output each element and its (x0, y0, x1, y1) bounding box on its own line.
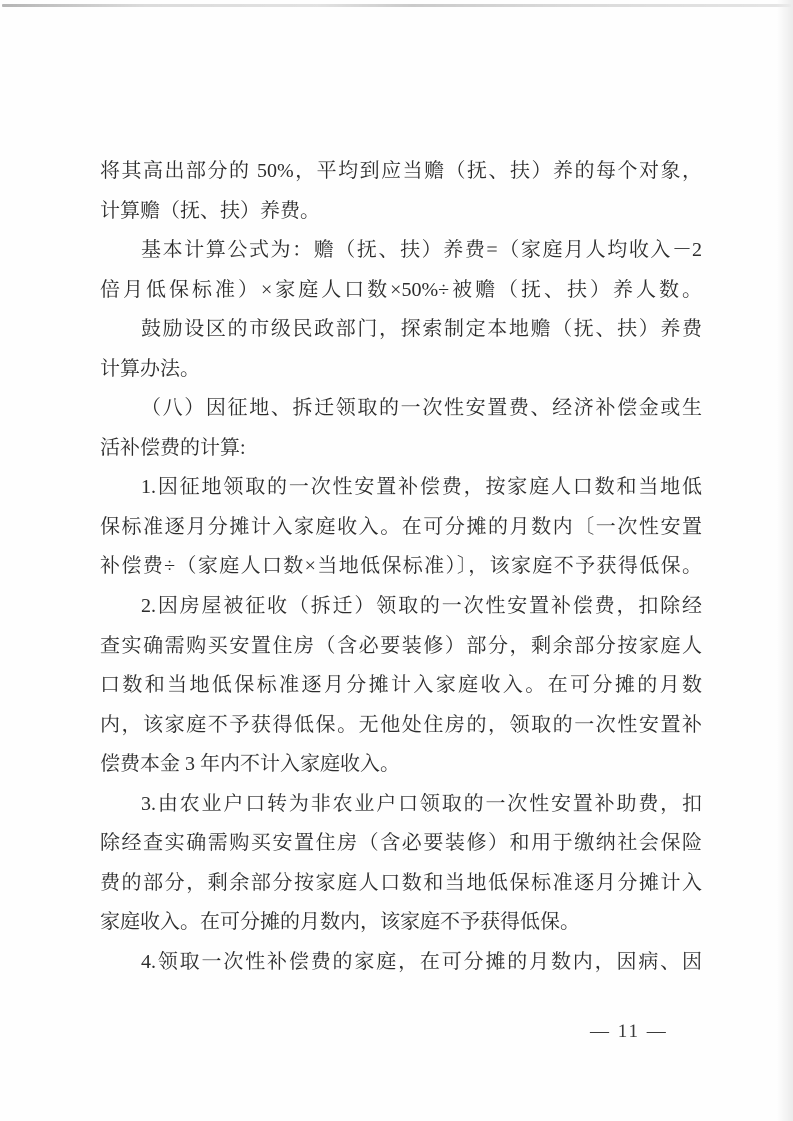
text-line: 费的部分，剩余部分按家庭人口数和当地低保标准逐月分摊计入 (100, 864, 702, 904)
text-line: 3.由农业户口转为非农业户口领取的一次性安置补助费，扣 (100, 785, 702, 825)
scan-artifact-top-line (2, 4, 791, 7)
text-line: 保标准逐月分摊计入家庭收入。在可分摊的月数内〔一次性安置 (100, 508, 702, 548)
text-line: 补偿费÷（家庭人口数×当地低保标准）〕，该家庭不予获得低保。 (100, 547, 702, 587)
page-number: — 11 — (590, 1020, 675, 1044)
text-line: 基本计算公式为：赡（抚、扶）养费=（家庭月人均收入－2 (100, 231, 702, 271)
text-line: 倍月低保标准）×家庭人口数×50%÷被赡（抚、扶）养人数。 (100, 271, 702, 311)
text-line: 计算办法。 (100, 350, 702, 390)
text-line: 1.因征地领取的一次性安置补偿费，按家庭人口数和当地低 (100, 468, 702, 508)
text-line: 查实确需购买安置住房（含必要装修）部分，剩余部分按家庭人 (100, 627, 702, 667)
scan-artifact-right-band (777, 0, 793, 1121)
text-line: （八）因征地、拆迁领取的一次性安置费、经济补偿金或生 (100, 389, 702, 429)
text-line: 偿费本金 3 年内不计入家庭收入。 (100, 745, 702, 785)
text-line: 家庭收入。在可分摊的月数内，该家庭不予获得低保。 (100, 903, 702, 943)
document-text-block: 将其高出部分的 50%，平均到应当赡（抚、扶）养的每个对象， 计算赡（抚、扶）养… (100, 152, 702, 982)
text-line: 计算赡（抚、扶）养费。 (100, 192, 702, 232)
text-line: 活补偿费的计算: (100, 429, 702, 469)
document-page: 将其高出部分的 50%，平均到应当赡（抚、扶）养的每个对象， 计算赡（抚、扶）养… (0, 0, 793, 1121)
text-line: 内，该家庭不予获得低保。无他处住房的，领取的一次性安置补 (100, 706, 702, 746)
text-line: 4.领取一次性补偿费的家庭，在可分摊的月数内，因病、因 (100, 943, 702, 983)
text-line: 将其高出部分的 50%，平均到应当赡（抚、扶）养的每个对象， (100, 152, 702, 192)
text-line: 鼓励设区的市级民政部门，探索制定本地赡（抚、扶）养费 (100, 310, 702, 350)
text-line: 除经查实确需购买安置住房（含必要装修）和用于缴纳社会保险 (100, 824, 702, 864)
text-line: 口数和当地低保标准逐月分摊计入家庭收入。在可分摊的月数 (100, 666, 702, 706)
text-line: 2.因房屋被征收（拆迁）领取的一次性安置补偿费，扣除经 (100, 587, 702, 627)
